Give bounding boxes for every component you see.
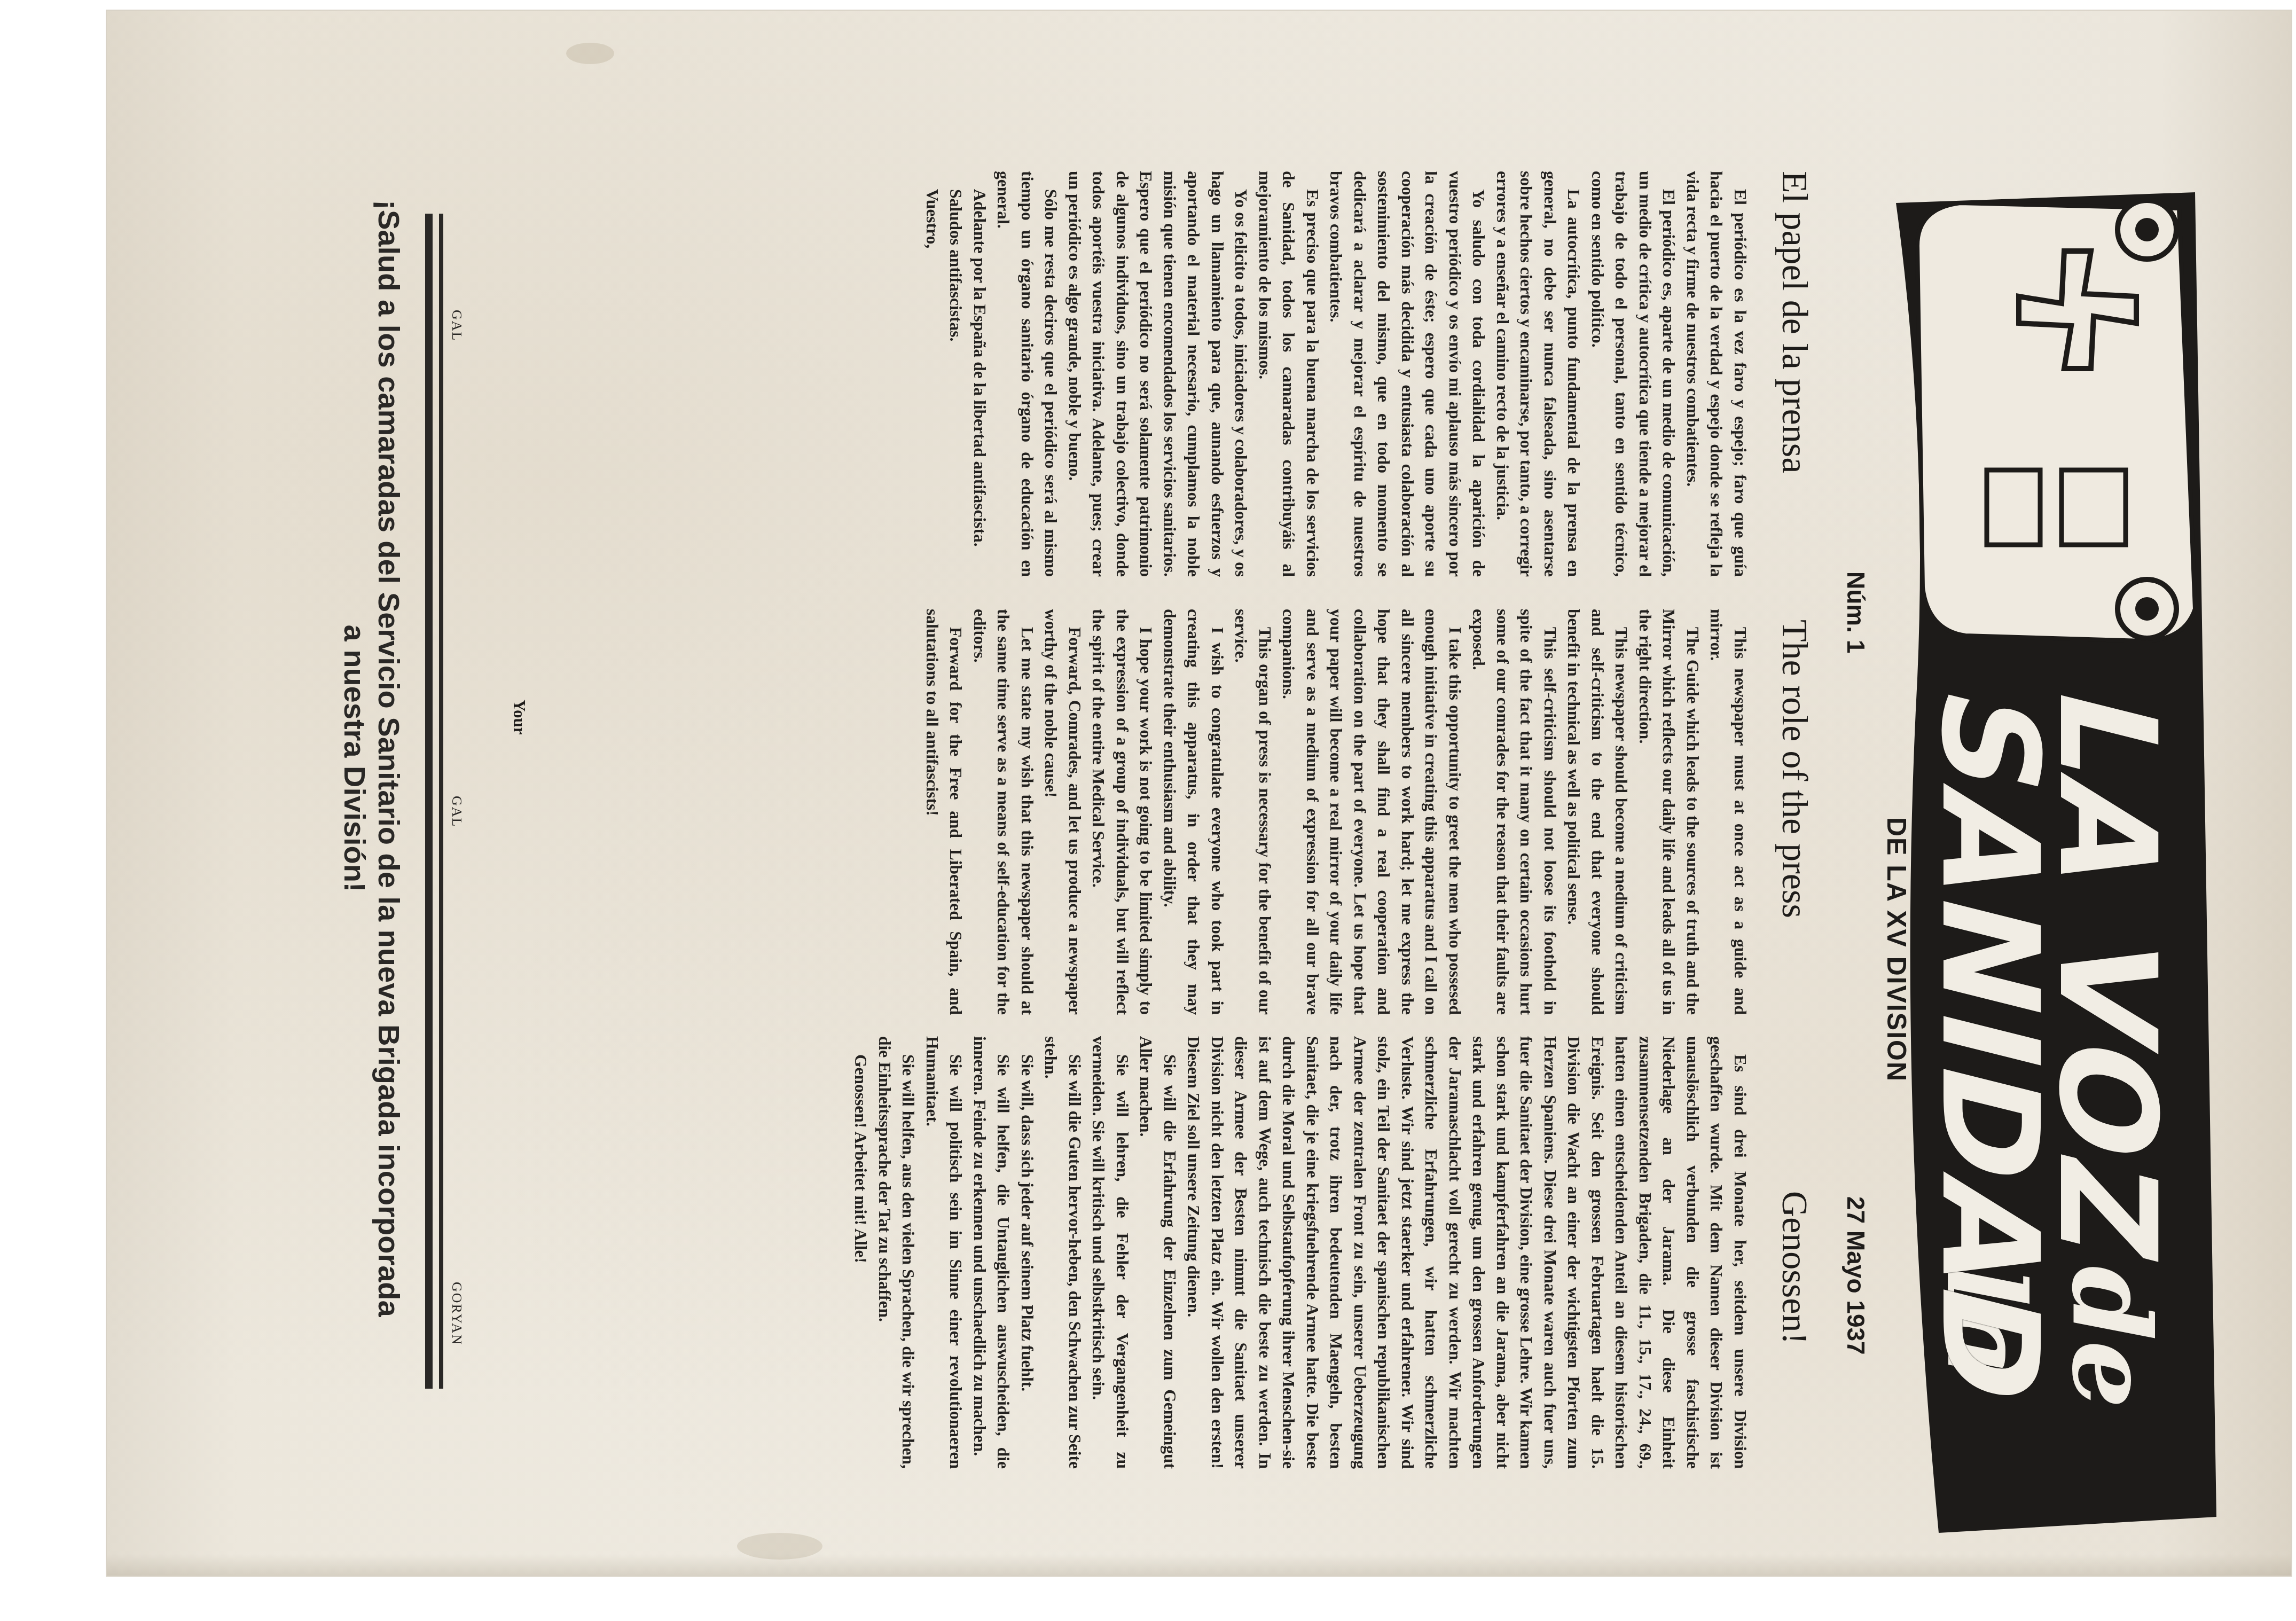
article-paragraph: This newspaper must at once act as a gui…	[1704, 609, 1752, 1015]
article-paragraph: Sie will lehren, die Fehler der Vergange…	[1086, 1036, 1134, 1469]
article-paragraph: Sie will helfen, aus den vielen Sprachen…	[873, 1036, 920, 1469]
newspaper-sheet: LA VOZ de la SANIDAD Núm. 1 DE LA XV DIV…	[107, 11, 2291, 1576]
article-paragraph: I wish to congratulate everyone who took…	[1158, 609, 1229, 1015]
article-paragraph: Sie will helfen, die Untauglichen auswus…	[968, 1036, 1015, 1469]
article-paragraph: I hope your work is not going to be limi…	[1086, 609, 1158, 1015]
article-paragraph: Es sind drei Monate her, seitdem unsere …	[1181, 1036, 1752, 1469]
footer-line-1: ¡Salud a los camaradas del Servicio Sani…	[372, 171, 406, 1346]
article-paragraph: Es preciso que para la buena marcha de l…	[1253, 171, 1325, 577]
article-paragraph: This organ of press is necessary for the…	[1229, 609, 1276, 1015]
article-paragraph: The Guide which leads to the sources of …	[1633, 609, 1705, 1015]
article-paragraph: El periódico es la vez faro y espejo; fa…	[1681, 171, 1752, 577]
issue-date: 27 Mayo 1937	[1841, 1196, 1870, 1355]
divider-rule	[439, 214, 443, 1389]
article-heading-german: Genossen!	[1774, 1191, 1816, 1344]
article-paragraph: This self-criticism should not loose its…	[1467, 609, 1562, 1015]
issue-number: Núm. 1	[1841, 571, 1870, 653]
article-signature-spanish: GAL	[449, 310, 465, 341]
article-heading-spanish: El papel de la prensa	[1774, 171, 1816, 473]
article-paragraph: Sie will die Erfahrung der Einzelnen zum…	[1134, 1036, 1181, 1469]
article-signature-english: GAL	[449, 796, 465, 827]
masthead: LA VOZ de la SANIDAD	[1896, 171, 2216, 1533]
article-paragraph: Saludos antifascistas.	[944, 171, 968, 577]
article-paragraph: Adelante por la España de la libertad an…	[968, 171, 992, 577]
article-paragraph: La autocrítica, punto fundamental de la …	[1491, 171, 1586, 577]
article-paragraph: Let me state my wish that this newspaper…	[968, 609, 1039, 1015]
article-paragraph: Yo saludo con toda cordialidad la aparic…	[1324, 171, 1491, 577]
issue-division: DE LA XV DIVISION	[1881, 817, 1912, 1082]
article-paragraph: Forward, Comrades, and let us produce a …	[1039, 609, 1086, 1015]
article-heading-english: The role of the press	[1774, 620, 1816, 918]
article-paragraph: Sie will die Guten hervor-heben, den Sch…	[1039, 1036, 1086, 1469]
issue-info: Núm. 1 DE LA XV DIVISION 27 Mayo 1937	[1848, 571, 1880, 1373]
divider-rule	[425, 214, 433, 1389]
footer-salutation: ¡Salud a los camaradas del Servicio Sani…	[338, 171, 406, 1346]
article-paragraph: This newspaper should become a medium of…	[1562, 609, 1633, 1015]
article-paragraph: Vuestro,	[920, 171, 944, 577]
article-column-spanish: El periódico es la vez faro y espejo; fa…	[920, 171, 1752, 577]
article-closing-english: Your	[510, 700, 529, 734]
article-signature-german: GORYAN	[449, 1282, 465, 1345]
article-column-english: This newspaper must at once act as a gui…	[920, 609, 1752, 1015]
footer-line-2: a nuestra División!	[338, 171, 372, 1346]
article-paragraph: Sólo me resta deciros que el periódico s…	[991, 171, 1063, 577]
article-paragraph: Genossen! Arbeitet mit! Alle!	[849, 1036, 873, 1469]
masthead-title-line-2: SANIDAD	[1923, 678, 2056, 1420]
article-paragraph: El periódico es, aparte de un medio de c…	[1586, 171, 1681, 577]
article-paragraph: Sie will, dass sich jeder auf seinem Pla…	[1015, 1036, 1039, 1469]
article-paragraph: Sie will politisch sein im Sinne einer r…	[920, 1036, 968, 1469]
article-paragraph: Forward for the Free and Liberated Spain…	[920, 609, 968, 1015]
front-page: LA VOZ de la SANIDAD Núm. 1 DE LA XV DIV…	[107, 11, 2291, 1576]
article-paragraph: I take this opportunity to greet the men…	[1276, 609, 1467, 1015]
article-paragraph: Yo os felicito a todos, iniciadores y co…	[1063, 171, 1253, 577]
article-column-german: Es sind drei Monate her, seitdem unsere …	[849, 1036, 1752, 1469]
